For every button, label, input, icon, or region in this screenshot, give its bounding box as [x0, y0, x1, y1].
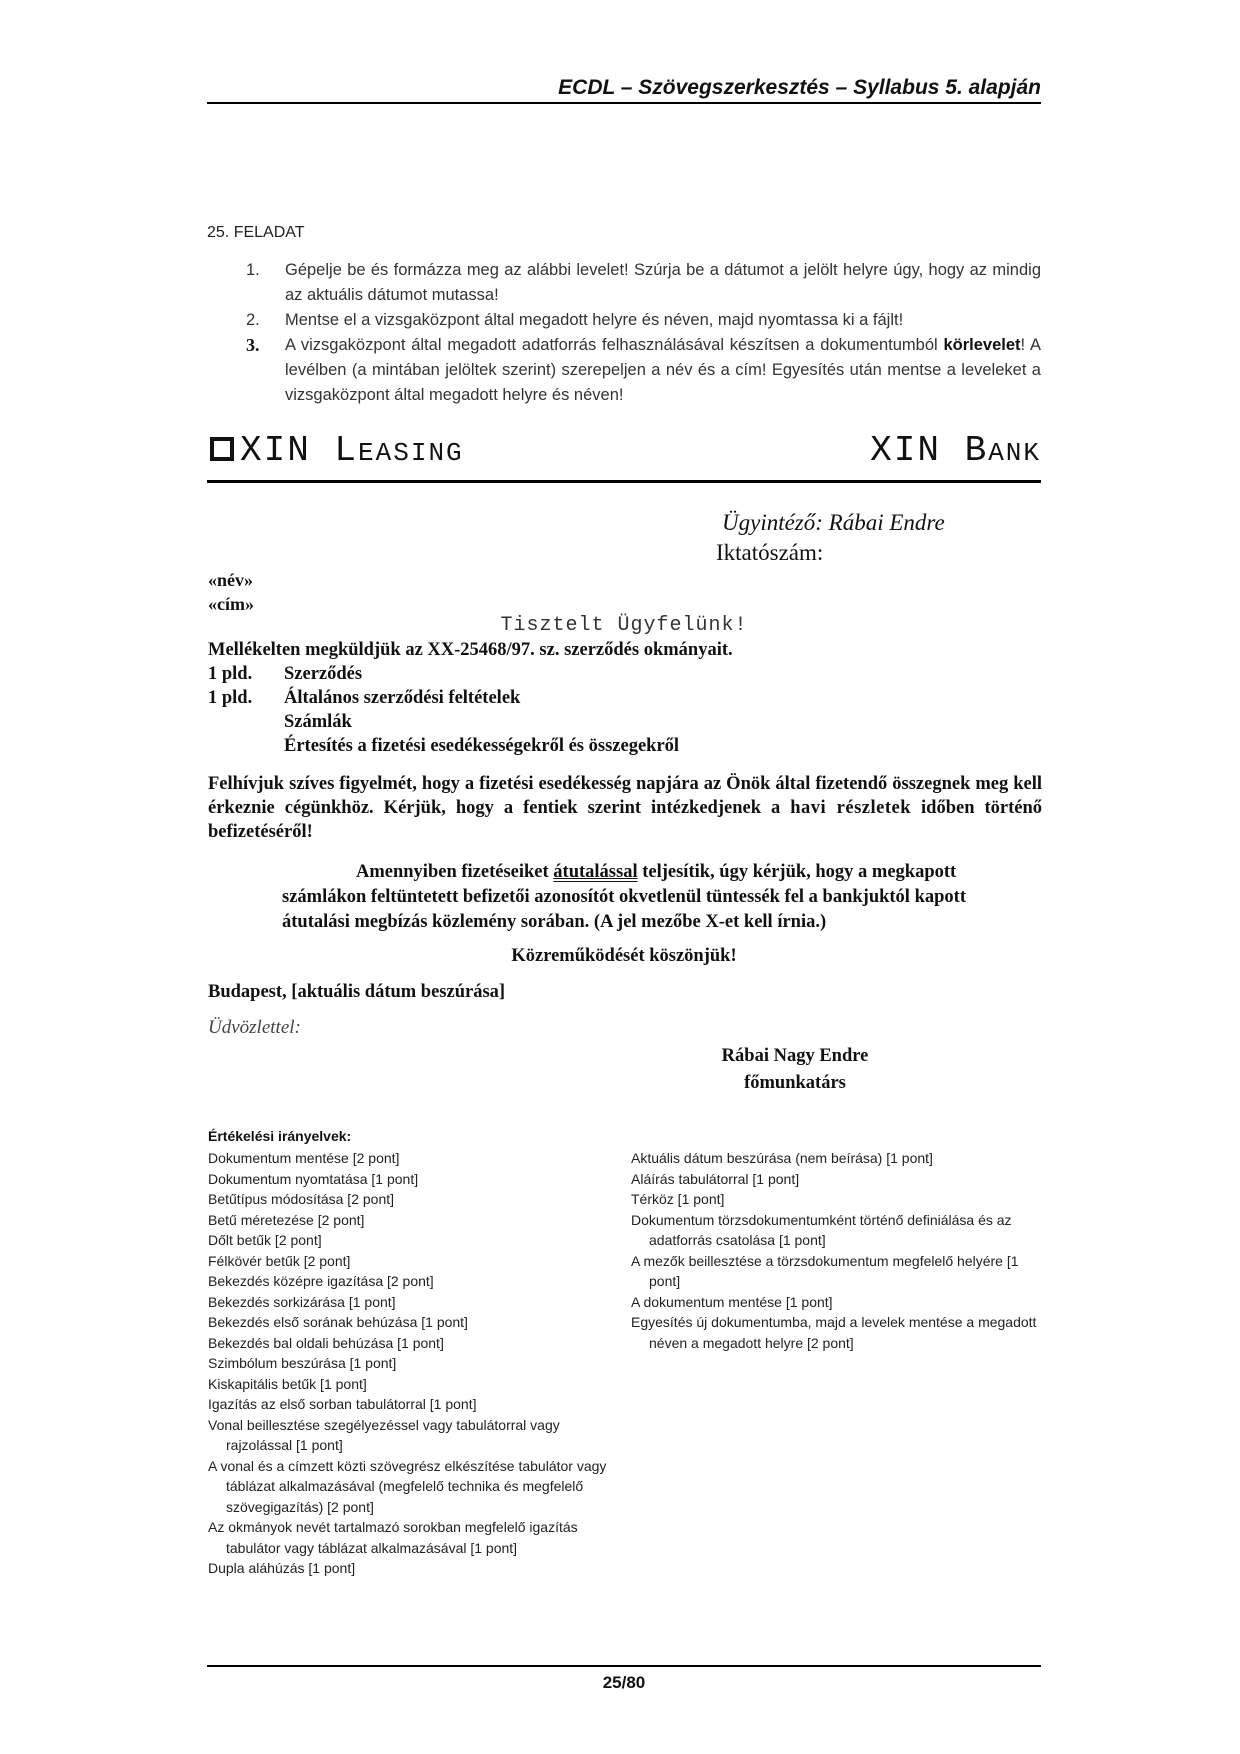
letter-paragraph-2: Amennyiben fizetéseiket átutalással telj…	[282, 860, 982, 935]
letterhead-leasing-cap: L	[334, 430, 358, 471]
task-item: 3. A vizsgaközpont által megadott adatfo…	[207, 333, 1041, 408]
letterhead-left: XIN LEASING	[210, 430, 464, 471]
letter-paragraph-1: Felhívjuk szíves figyelmét, hogy a fizet…	[208, 772, 1042, 844]
evaluation-item: Egyesítés új dokumentumba, majd a levele…	[631, 1312, 1041, 1353]
reference-number-label: Iktatószám:	[716, 540, 823, 566]
task-number: 1.	[207, 258, 285, 308]
evaluation-item: Térköz [1 pont]	[631, 1189, 1041, 1210]
letterhead-xin: XIN	[240, 430, 311, 471]
letter-greeting: Tisztelt Ügyfelünk!	[207, 614, 1041, 637]
evaluation-item: Kiskapitális betűk [1 pont]	[208, 1374, 618, 1395]
page-number: 25/80	[207, 1673, 1041, 1693]
box-symbol-icon	[210, 437, 234, 461]
evaluation-item: Bekezdés bal oldali behúzása [1 pont]	[208, 1333, 618, 1354]
letter-regards: Üdvözlettel:	[208, 1017, 301, 1039]
document-qty	[208, 712, 284, 733]
evaluation-item: A dokumentum mentése [1 pont]	[631, 1292, 1041, 1313]
evaluation-item: Dupla aláhúzás [1 pont]	[208, 1558, 618, 1579]
evaluation-item: A mezők beillesztése a törzsdokumentum m…	[631, 1251, 1041, 1292]
document-qty: 1 pld.	[208, 688, 284, 709]
task-title: 25. FELADAT	[207, 224, 305, 242]
evaluation-item: A vonal és a címzett közti szövegrész el…	[208, 1456, 618, 1518]
task-text: Mentse el a vizsgaközpont által megadott…	[285, 308, 1041, 333]
task-text: A vizsgaközpont által megadott adatforrá…	[285, 333, 1041, 408]
merge-field-address: «cím»	[208, 594, 254, 615]
para-emphasis: havi részletek	[790, 798, 911, 818]
document-name: Általános szerződési feltételek	[284, 688, 520, 709]
case-officer: Ügyintéző: Rábai Endre	[722, 510, 945, 536]
evaluation-item: Betűtípus módosítása [2 pont]	[208, 1189, 618, 1210]
task-text: Gépelje be és formázza meg az alábbi lev…	[285, 258, 1041, 308]
task-list: 1. Gépelje be és formázza meg az alábbi …	[207, 258, 1041, 408]
signature-block: Rábai Nagy Endre főmunkatárs	[660, 1043, 930, 1097]
evaluation-item: Dokumentum mentése [2 pont]	[208, 1148, 618, 1169]
task-number: 3.	[207, 333, 285, 408]
signature-name: Rábai Nagy Endre	[660, 1043, 930, 1070]
evaluation-list-left: Dokumentum mentése [2 pont]Dokumentum ny…	[208, 1148, 618, 1579]
letterhead-rule	[207, 480, 1041, 483]
document-row: Számlák	[208, 712, 352, 733]
letter-thanks: Közreműködését köszönjük!	[207, 946, 1041, 967]
evaluation-item: Dokumentum nyomtatása [1 pont]	[208, 1169, 618, 1190]
task-number: 2.	[207, 308, 285, 333]
page-header-title: ECDL – Szövegszerkesztés – Syllabus 5. a…	[207, 76, 1041, 100]
evaluation-item: Dokumentum törzsdokumentumként történő d…	[631, 1210, 1041, 1251]
footer-rule	[207, 1665, 1041, 1667]
document-row: Értesítés a fizetési esedékességekről és…	[208, 736, 679, 757]
document-qty	[208, 736, 284, 757]
evaluation-item: Betű méretezése [2 pont]	[208, 1210, 618, 1231]
evaluation-item: Bekezdés középre igazítása [2 pont]	[208, 1271, 618, 1292]
task-item: 1. Gépelje be és formázza meg az alábbi …	[207, 258, 1041, 308]
letterhead-right: XIN BANK	[870, 430, 1041, 471]
task-keyword: körlevelet	[943, 336, 1020, 354]
letterhead-xin-bank: XIN	[870, 430, 941, 471]
evaluation-list-right: Aktuális dátum beszúrása (nem beírása) […	[631, 1148, 1041, 1353]
letter-place-date: Budapest, [aktuális dátum beszúrása]	[208, 982, 505, 1003]
letterhead-bank-cap: B	[965, 430, 989, 471]
evaluation-item: Az okmányok nevét tartalmazó sorokban me…	[208, 1517, 618, 1558]
header-rule	[207, 102, 1041, 104]
document-name: Számlák	[284, 712, 352, 733]
task-text-part: A vizsgaközpont által megadott adatforrá…	[285, 336, 943, 354]
task-item: 2. Mentse el a vizsgaközpont által megad…	[207, 308, 1041, 333]
document-name: Szerződés	[284, 664, 362, 685]
letterhead-bank-rest: ANK	[988, 438, 1041, 468]
para-double-underline: átutalással	[553, 862, 637, 882]
evaluation-title: Értékelési irányelvek:	[208, 1128, 351, 1144]
document-row: 1 pld. Általános szerződési feltételek	[208, 688, 520, 709]
evaluation-item: Dőlt betűk [2 pont]	[208, 1230, 618, 1251]
signature-title: főmunkatárs	[660, 1070, 930, 1097]
evaluation-item: Aláírás tabulátorral [1 pont]	[631, 1169, 1041, 1190]
letter-intro: Mellékelten megküldjük az XX-25468/97. s…	[208, 640, 733, 661]
evaluation-item: Szimbólum beszúrása [1 pont]	[208, 1353, 618, 1374]
letterhead-leasing-rest: EASING	[358, 438, 464, 468]
document-qty: 1 pld.	[208, 664, 284, 685]
para-text: Amennyiben fizetéseiket	[356, 862, 553, 882]
document-name: Értesítés a fizetési esedékességekről és…	[284, 736, 679, 757]
evaluation-item: Aktuális dátum beszúrása (nem beírása) […	[631, 1148, 1041, 1169]
evaluation-item: Vonal beillesztése szegélyezéssel vagy t…	[208, 1415, 618, 1456]
evaluation-item: Bekezdés első sorának behúzása [1 pont]	[208, 1312, 618, 1333]
document-row: 1 pld. Szerződés	[208, 664, 362, 685]
merge-field-name: «név»	[208, 570, 253, 591]
evaluation-item: Félkövér betűk [2 pont]	[208, 1251, 618, 1272]
evaluation-item: Bekezdés sorkizárása [1 pont]	[208, 1292, 618, 1313]
para-emphasis: befizetői azonosítót	[463, 887, 615, 907]
evaluation-item: Igazítás az első sorban tabulátorral [1 …	[208, 1394, 618, 1415]
